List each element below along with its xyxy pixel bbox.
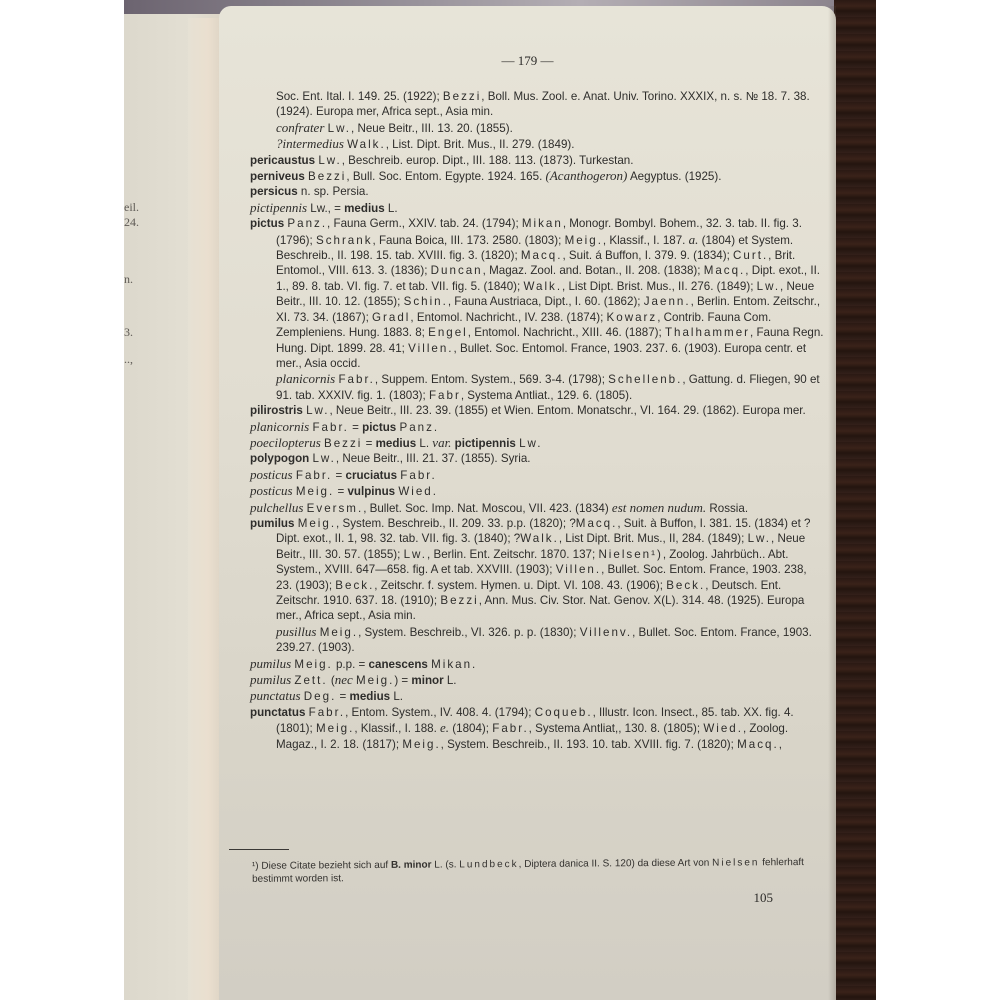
- author-name: Thalhammer: [665, 326, 750, 339]
- citation-text: , Neue Beitr., III. 23. 39. (1855) et Wi…: [329, 404, 805, 417]
- citation-text: Lw., =: [307, 202, 344, 215]
- author-name: Lw.: [328, 122, 351, 135]
- valid-name: medius: [376, 437, 417, 450]
- synonym-name: posticus: [250, 483, 293, 498]
- author-name: Meig.: [356, 674, 394, 687]
- author-name: Meig.: [320, 626, 358, 639]
- author-name: Bezzi: [308, 170, 346, 183]
- author-name: Mikan.: [431, 658, 477, 671]
- citation-text: , Bull. Soc. Entom. Egypte. 1924. 165.: [346, 170, 545, 183]
- author-name: Walk.: [523, 280, 562, 293]
- author-name: Curt.: [733, 249, 768, 262]
- synonym-name: var.: [432, 435, 451, 450]
- species-entry: pumilus Zett. (nec Meig.) = minor L.: [250, 672, 825, 688]
- author-name: Wied.: [703, 722, 743, 735]
- citation-text: L.: [416, 437, 432, 450]
- species-entry: perniveus Bezzi, Bull. Soc. Entom. Egypt…: [250, 168, 825, 184]
- author-name: Macq.: [576, 517, 618, 530]
- synonym-name: planicornis: [250, 419, 309, 434]
- valid-name: canescens: [369, 658, 428, 671]
- valid-name: pericaustus: [250, 154, 315, 167]
- valid-name: pumilus: [250, 517, 294, 530]
- citation-text: , Bullet. Soc. Imp. Nat. Moscou, VII. 42…: [363, 502, 612, 515]
- author-name: Macq.: [521, 249, 563, 262]
- author-name: Deg.: [304, 690, 337, 703]
- author-name: Schellenb.: [608, 373, 682, 386]
- author-name: Zett.: [294, 674, 327, 687]
- citation-text: Rossia.: [706, 502, 748, 515]
- author-name: Panz.: [287, 217, 327, 230]
- valid-name: pictipennis: [455, 437, 516, 450]
- synonym-name: punctatus: [250, 688, 301, 703]
- synonym-name: est nomen nudum.: [612, 500, 706, 515]
- species-entry: pumilus Meig., System. Beschreib., II. 2…: [250, 516, 825, 624]
- synonym-name: (Acanthogeron): [546, 168, 628, 183]
- citation-text: , Entomol. Nachricht., XIII. 46. (1887);: [468, 326, 665, 339]
- author-name: Bezzi: [440, 594, 478, 607]
- left-page-fragment: ..,: [124, 352, 133, 367]
- citation-text: p.p. =: [333, 658, 369, 671]
- citation-text: , Klassif., I. 188.: [354, 722, 440, 735]
- citation-text: L. (s.: [431, 859, 459, 870]
- author-name: Macq.: [737, 738, 779, 751]
- author-name: Bezzi: [443, 90, 481, 103]
- left-page-fragment: eil.: [124, 200, 139, 215]
- species-entry: persicus n. sp. Persia.: [250, 184, 825, 199]
- citation-text: (1804);: [449, 722, 492, 735]
- synonym-name: a.: [689, 232, 699, 247]
- citation-text: (: [328, 674, 335, 687]
- citation-text: , Neue Beitr., III. 21. 37. (1855). Syri…: [336, 452, 531, 465]
- author-name: Walk.: [347, 138, 386, 151]
- citation-text: , List Dipt. Brit. Mus., II, 284. (1849)…: [559, 532, 748, 545]
- author-name: Wied.: [398, 485, 438, 498]
- author-name: Lw.: [318, 154, 341, 167]
- species-entry: posticus Meig. = vulpinus Wied.: [250, 483, 825, 499]
- citation-text: Aegyptus. (1925).: [627, 170, 721, 183]
- species-entry: punctatus Fabr., Entom. System., IV. 408…: [250, 705, 825, 752]
- valid-name: pilirostris: [250, 404, 303, 417]
- citation-text: , Diptera danica II. S. 120) da diese Ar…: [519, 858, 713, 870]
- author-name: Fabr.: [492, 722, 528, 735]
- valid-name: punctatus: [250, 706, 305, 719]
- author-name: Meig.: [296, 485, 334, 498]
- synonym-name: pusillus: [276, 624, 316, 639]
- valid-name: B. minor: [391, 860, 432, 871]
- citation-text: , List Dipt. Brist. Mus., II. 276. (1849…: [562, 280, 757, 293]
- citation-text: L.: [444, 674, 457, 687]
- author-name: Schin.: [404, 295, 448, 308]
- citation-text: , Neue Beitr., III. 13. 20. (1855).: [351, 122, 513, 135]
- valid-name: cruciatus: [346, 469, 398, 482]
- citation-text: L.: [385, 202, 398, 215]
- citation-text: , Fauna Boica, III. 173. 2580. (1803);: [373, 234, 565, 247]
- species-entry: pictus Panz., Fauna Germ., XXIV. tab. 24…: [250, 216, 825, 371]
- photo-background: eil. 24. n. 3. .., — 179 — Soc. Ent. Ita…: [124, 0, 876, 1000]
- citation-text: ,: [779, 738, 782, 751]
- species-entry: poecilopterus Bezzi = medius L. var. pic…: [250, 435, 825, 451]
- author-name: Meig.: [565, 234, 603, 247]
- author-name: Bezzi: [324, 437, 362, 450]
- citation-text: =: [332, 469, 345, 482]
- author-name: Lw.: [312, 452, 335, 465]
- author-name: Fabr.: [296, 469, 332, 482]
- footnote-rule: [229, 849, 289, 850]
- author-name: Fabr.: [312, 421, 348, 434]
- author-name: Meig.: [298, 517, 336, 530]
- left-page-fragment: 24.: [124, 215, 139, 230]
- left-page-fragment: 3.: [124, 325, 133, 340]
- citation-text: , Systema Antliat., 129. 6. (1805).: [461, 389, 632, 402]
- valid-name: minor: [411, 674, 443, 687]
- right-page: — 179 — Soc. Ent. Ital. I. 149. 25. (192…: [219, 6, 836, 1000]
- left-page-fragment: n.: [124, 272, 133, 287]
- citation-text: , Entom. System., IV. 408. 4. (1794);: [345, 706, 535, 719]
- footnote-text: ¹) Diese Citate bezieht sich auf B. mino…: [226, 856, 806, 886]
- citation-text: , Suit. á Buffon, I. 379. 9. (1834);: [562, 249, 733, 262]
- author-name: Nielsen¹): [598, 548, 662, 561]
- author-name: Jaenn.: [644, 295, 691, 308]
- page-number-bottom: 105: [754, 890, 774, 906]
- author-name: Villen.: [408, 342, 453, 355]
- citation-text: n. sp. Persia.: [298, 185, 369, 198]
- valid-name: pictus: [362, 421, 396, 434]
- entry-continuation: ?intermedius Walk., List. Dipt. Brit. Mu…: [250, 136, 825, 152]
- citation-text: Diese Citate bezieht sich auf: [259, 860, 391, 872]
- valid-name: persicus: [250, 185, 298, 198]
- page-number-top: — 179 —: [219, 53, 836, 69]
- citation-text: , System. Beschreib., II. 209. 33. p.p. …: [336, 517, 576, 530]
- citation-text: , Systema Antliat,, 130. 8. (1805);: [529, 722, 704, 735]
- author-name: Lw.: [519, 437, 542, 450]
- synonym-name: confrater: [276, 120, 324, 135]
- author-name: Villenv.: [580, 626, 632, 639]
- author-name: Lw.: [748, 532, 771, 545]
- author-name: Beck.: [335, 579, 374, 592]
- author-name: Walk.: [520, 532, 559, 545]
- author-name: Nielsen: [712, 857, 759, 868]
- valid-name: pictus: [250, 217, 284, 230]
- author-name: Kowarz: [607, 311, 658, 324]
- valid-name: vulpinus: [347, 485, 395, 498]
- author-name: Lw.: [306, 404, 329, 417]
- species-entry: polypogon Lw., Neue Beitr., III. 21. 37.…: [250, 451, 825, 466]
- citation-text: , System. Beschreib., II. 193. 10. tab. …: [441, 738, 737, 751]
- citation-text: , Berlin. Ent. Zeitschr. 1870. 137;: [427, 548, 598, 561]
- author-name: Panz.: [400, 421, 440, 434]
- valid-name: medius: [350, 690, 391, 703]
- author-name: Mikan: [522, 217, 563, 230]
- valid-name: polypogon: [250, 452, 309, 465]
- synonym-name: ?intermedius: [276, 136, 344, 151]
- synonym-name: pictipennis: [250, 200, 307, 215]
- author-name: Coqueb.: [535, 706, 593, 719]
- synonym-name: nec: [335, 672, 353, 687]
- author-name: Meig.: [294, 658, 332, 671]
- citation-text: =: [336, 690, 349, 703]
- wood-table: [834, 0, 876, 1000]
- entry-continuation: confrater Lw., Neue Beitr., III. 13. 20.…: [250, 120, 825, 136]
- author-name: Eversm.: [307, 502, 364, 515]
- citation-text: ) =: [394, 674, 411, 687]
- author-name: Fabr.: [309, 706, 345, 719]
- author-name: Villen.: [556, 563, 601, 576]
- valid-name: medius: [344, 202, 385, 215]
- citation-text: , Beschreib. europ. Dipt., III. 188. 113…: [342, 154, 634, 167]
- citation-text: , System. Beschreib., VI. 326. p. p. (18…: [358, 626, 580, 639]
- synonym-name: pulchellus: [250, 500, 303, 515]
- species-entry: pilirostris Lw., Neue Beitr., III. 23. 3…: [250, 403, 825, 418]
- author-name: Fabr.: [338, 373, 374, 386]
- citation-text: , List. Dipt. Brit. Mus., II. 279. (1849…: [386, 138, 575, 151]
- author-name: Meig.: [316, 722, 354, 735]
- author-name: Lw.: [757, 280, 780, 293]
- citation-text: =: [362, 437, 375, 450]
- entry-continuation: Soc. Ent. Ital. I. 149. 25. (1922); Bezz…: [250, 89, 825, 120]
- citation-text: , Klassif., I. 187.: [603, 234, 689, 247]
- synonym-name: pumilus: [250, 656, 291, 671]
- citation-text: , Magaz. Zool. and. Botan., II. 208. (18…: [483, 264, 704, 277]
- species-entry: pericaustus Lw., Beschreib. europ. Dipt.…: [250, 153, 825, 168]
- author-name: Duncan: [431, 264, 483, 277]
- citation-text: , Zeitschr. f. system. Hymen. u. Dipt. V…: [374, 579, 666, 592]
- citation-text: =: [349, 421, 362, 434]
- synonym-name: posticus: [250, 467, 293, 482]
- author-name: Fabr.: [400, 469, 436, 482]
- synonym-name: pumilus: [250, 672, 291, 687]
- species-entry: pictipennis Lw., = medius L.: [250, 200, 825, 216]
- author-name: Gradl: [372, 311, 410, 324]
- author-name: Schrank: [316, 234, 373, 247]
- synonym-name: planicornis: [276, 371, 335, 386]
- entry-continuation: planicornis Fabr., Suppem. Entom. System…: [250, 371, 825, 403]
- species-entry: pulchellus Eversm., Bullet. Soc. Imp. Na…: [250, 500, 825, 516]
- author-name: Meig.: [402, 738, 440, 751]
- synonym-name: poecilopterus: [250, 435, 321, 450]
- valid-name: perniveus: [250, 170, 305, 183]
- citation-text: Soc. Ent. Ital. I. 149. 25. (1922);: [276, 90, 443, 103]
- species-entry: punctatus Deg. = medius L.: [250, 688, 825, 704]
- citation-text: , Suppem. Entom. System., 569. 3-4. (179…: [375, 373, 608, 386]
- citation-text: L.: [390, 690, 403, 703]
- footnote: ¹) Diese Citate bezieht sich auf B. mino…: [226, 856, 806, 886]
- citation-text: , Fauna Austriaca, Dipt., I. 60. (1862);: [448, 295, 644, 308]
- synonym-name: e.: [440, 720, 449, 735]
- citation-text: =: [334, 485, 347, 498]
- species-entry: planicornis Fabr. = pictus Panz.: [250, 419, 825, 435]
- species-entry: posticus Fabr. = cruciatus Fabr.: [250, 467, 825, 483]
- author-name: Fabr: [429, 389, 461, 402]
- species-entry: pumilus Meig. p.p. = canescens Mikan.: [250, 656, 825, 672]
- author-name: Lundbeck: [459, 859, 518, 870]
- entry-continuation: pusillus Meig., System. Beschreib., VI. …: [250, 624, 825, 656]
- author-name: Engel: [428, 326, 468, 339]
- author-name: Lw.: [404, 548, 427, 561]
- author-name: Beck.: [666, 579, 705, 592]
- citation-text: , Fauna Germ., XXIV. tab. 24. (1794);: [327, 217, 522, 230]
- citation-text: , Entomol. Nachricht., IV. 238. (1874);: [410, 311, 606, 324]
- catalogue-text: Soc. Ent. Ital. I. 149. 25. (1922); Bezz…: [250, 89, 825, 752]
- author-name: Macq.: [704, 264, 746, 277]
